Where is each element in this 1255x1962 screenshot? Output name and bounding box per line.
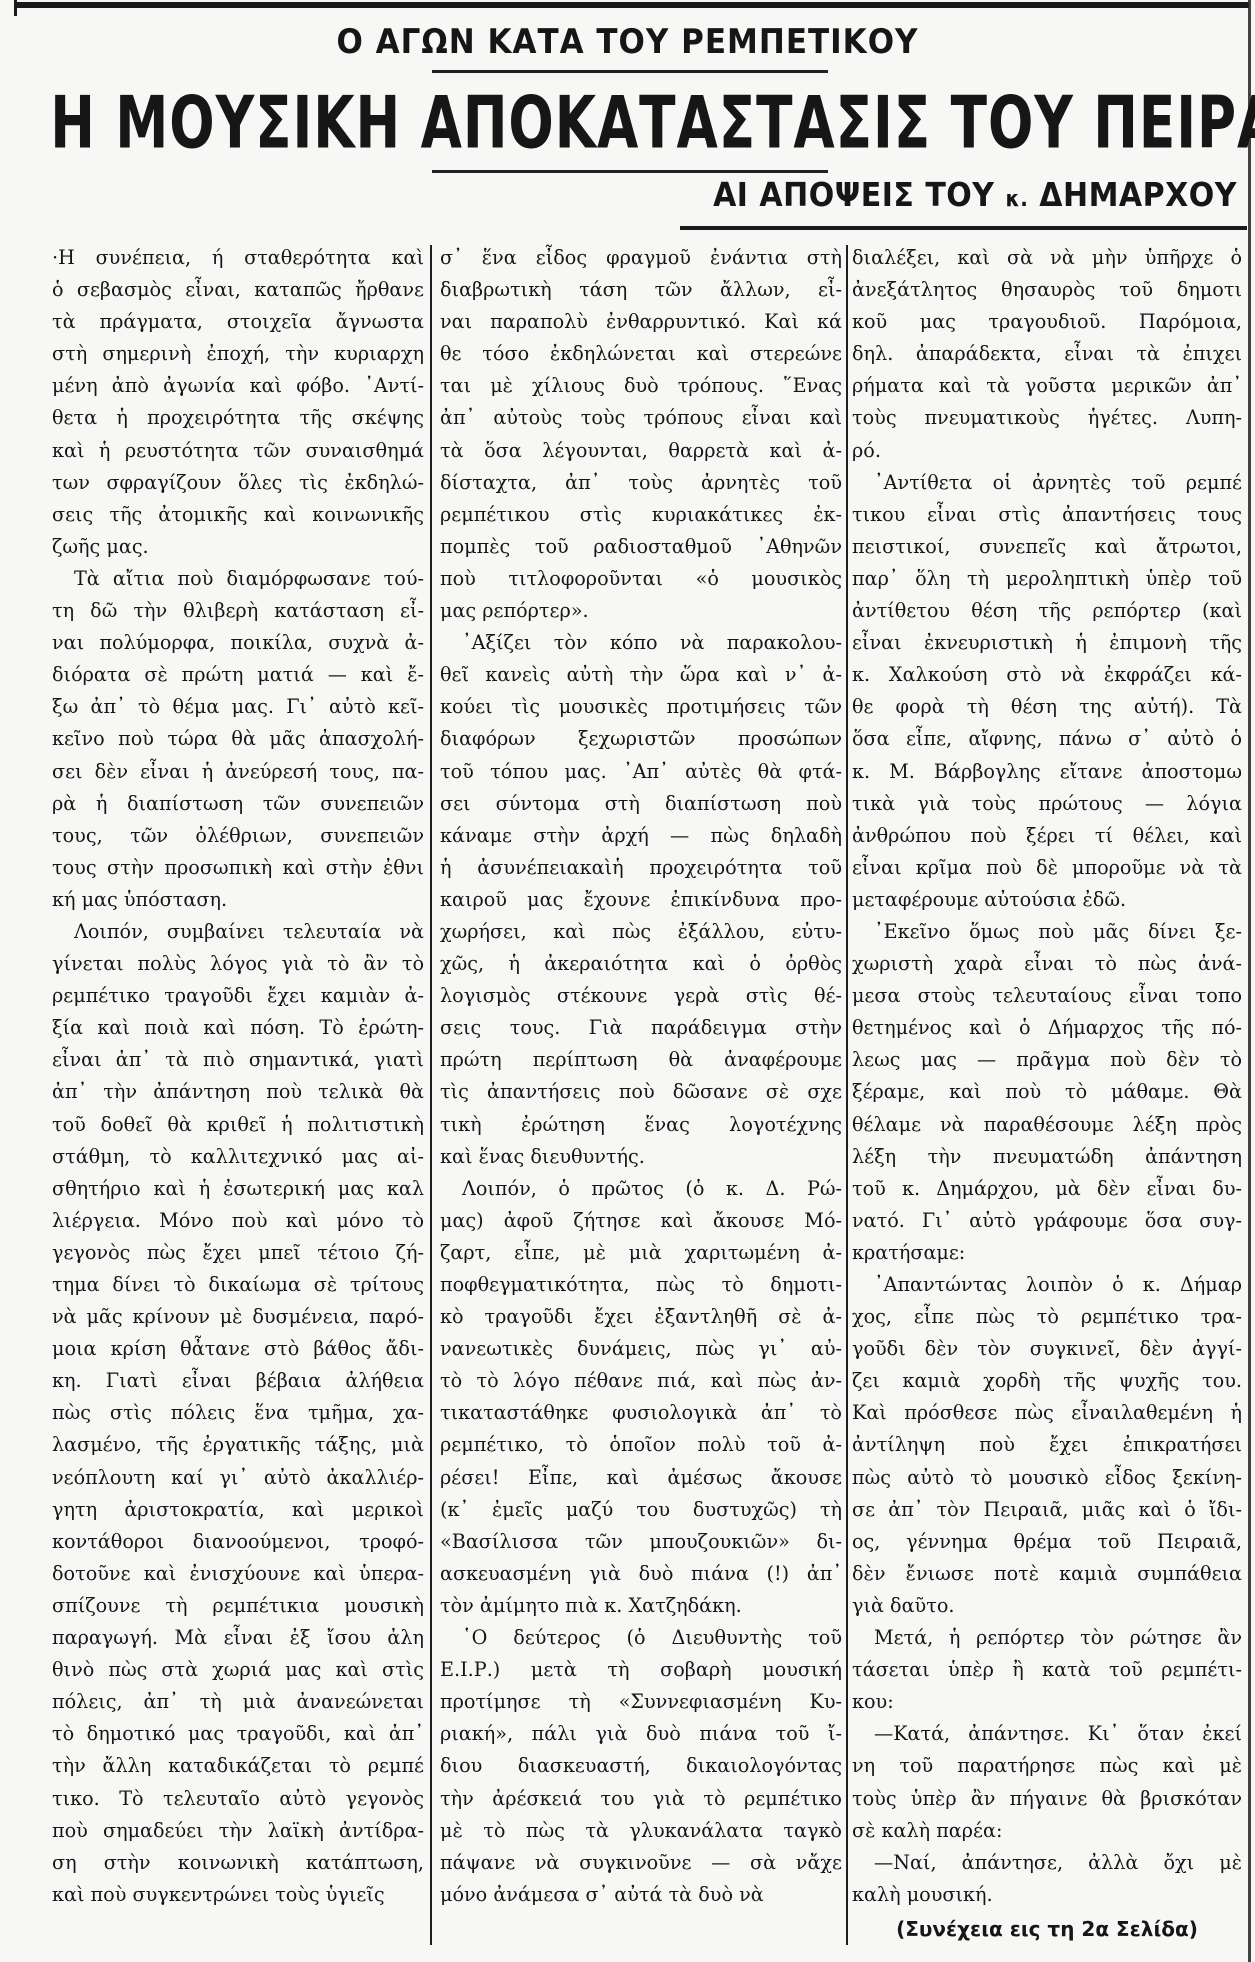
text-line: ριακή», πάλι γιὰ δυὸ πιάνα τοῦ ἴ- xyxy=(440,1718,842,1750)
text-line: νη τοῦ παρατήρησε πὼς καὶ μὲ xyxy=(852,1750,1242,1782)
text-line: ζαρτ, εἶπε, μὲ μιὰ χαριτωμένη ἀ- xyxy=(440,1237,842,1269)
text-line: ὅσα εἶπε, αἴφνης, πάνω σ᾿ αὐτὸ ὁ xyxy=(852,723,1242,755)
text-line: τοῦ τόπου μας. ᾿Απ᾿ αὐτὲς θὰ φτά- xyxy=(440,756,842,788)
text-line: ται μὲ χίλιους δυὸ τρόπους. ῞Ενας xyxy=(440,370,842,402)
text-line: κεῖνο ποὺ τώρα θὰ μᾶς ἀπασχολή- xyxy=(52,723,424,755)
text-line: —Ναί, ἀπάντησε, ἀλλὰ ὄχι μὲ xyxy=(852,1847,1242,1879)
text-line: στὴ σημερινὴ ἐποχή, τὴν κυριαρχη xyxy=(52,338,424,370)
text-line: Ε.Ι.Ρ.) μετὰ τὴ σοβαρὴ μουσική xyxy=(440,1654,842,1686)
text-line: λεως μας — πρᾶγμα ποὺ δὲν τὸ xyxy=(852,1044,1242,1076)
text-line: ποὺ τιτλοφοροῦνται «ὁ μουσικὸς xyxy=(440,563,842,595)
text-line: δὲν ἔνιωσε ποτὲ καμιὰ συμπάθεια xyxy=(852,1558,1242,1590)
text-line: τικαταστάθηκε φυσιολογικὰ ἀπ᾿ τὸ xyxy=(440,1397,842,1429)
text-line: μεταφέρουμε αὐτούσια ἐδῶ. xyxy=(852,884,1242,916)
text-line: εἶναι ἀπ᾿ τὰ πιὸ σημαντικά, γιατὶ xyxy=(52,1044,424,1076)
text-line: των σφραγίζουν ὅλες τὶς ἐκδηλώ- xyxy=(52,467,424,499)
text-line: τὴν ἀρέσκειά του γιὰ τὸ ρεμπέτικο xyxy=(440,1783,842,1815)
text-line: σει δὲν εἶναι ἡ ἀνεύρεσή τους, πα- xyxy=(52,756,424,788)
text-line: Μετά, ἡ ρεπόρτερ τὸν ρώτησε ἂν xyxy=(852,1622,1242,1654)
text-line: τὰ ὅσα λέγουνται, θαρρετὰ καὶ ἀ- xyxy=(440,435,842,467)
text-line: τάσεται ὑπὲρ ἢ κατὰ τοῦ ρεμπέτι- xyxy=(852,1654,1242,1686)
text-line: ὁ σεβασμὸς εἶναι, καταπῶς ἤρθανε xyxy=(52,274,424,306)
text-line: Λοιπόν, ὁ πρῶτος (ὁ κ. Δ. Ρώ- xyxy=(440,1173,842,1205)
text-line: κοντάθοροι διανοούμενοι, τροφό- xyxy=(52,1526,424,1558)
text-line: «Βασίλισσα τῶν μπουζουκιῶν» δι- xyxy=(440,1526,842,1558)
text-line: ζωῆς μας. xyxy=(52,531,424,563)
text-line: ἀντίληψη ποὺ ἔχει ἐπικρατήσει xyxy=(852,1429,1242,1461)
text-line: τὰ πράγματα, στοιχεῖα ἄγνωστα xyxy=(52,306,424,338)
text-line: ξία καὶ ποιὰ καὶ πόση. Τὸ ἐρώτη- xyxy=(52,1012,424,1044)
text-line: θέλαμε νὰ παραθέσουμε λέξη πρὸς xyxy=(852,1109,1242,1141)
text-line: ᾿Αξίζει τὸν κόπο νὰ παρακολου- xyxy=(440,627,842,659)
text-line: ξέραμε, καὶ ποὺ τὸ μάθαμε. Θὰ xyxy=(852,1076,1242,1108)
text-line: γοῦδι δὲν τὸν συγκινεῖ, δὲν ἀγγί- xyxy=(852,1333,1242,1365)
text-line: ναι πολύμορφα, ποικίλα, συχνὰ ἀ- xyxy=(52,627,424,659)
text-line: ἀνεξάτλητος θησαυρὸς τοῦ δημοτι xyxy=(852,274,1242,306)
article-headline: Η ΜΟΥΣΙΚΗ ΑΠΟΚΑΤΑΣΤΑΣΙΣ ΤΟΥ ΠΕΙΡΑΙΩΣ xyxy=(50,80,1205,165)
text-line: μας ρεπόρτερ». xyxy=(440,595,842,627)
right-border-rule xyxy=(1248,0,1251,1962)
article-column-1: ·Η συνέπεια, ή σταθερότητα καὶὁ σεβασμὸς… xyxy=(52,242,424,1911)
text-line: ρό. xyxy=(852,435,1242,467)
text-line: λιέργεια. Μόνο ποὺ καὶ μόνο τὸ xyxy=(52,1205,424,1237)
text-line: χῶς, ἡ ἀκεραιότητα καὶ ὁ ὀρθὸς xyxy=(440,948,842,980)
subhead-title-abbrev: κ. xyxy=(1005,185,1028,211)
text-line: καὶ ποὺ συγκεντρώνει τοὺς ὑγιεῖς xyxy=(52,1879,424,1911)
text-line: ρὰ ἡ διαπίστωση τῶν συνεπειῶν xyxy=(52,788,424,820)
text-line: ση στὴν κοινωνικὴ κατάπτωση, xyxy=(52,1847,424,1879)
text-line: σε ἀπ᾿ τὸν Πειραιᾶ, μιᾶς καὶ ὁ ἴδι- xyxy=(852,1494,1242,1526)
text-line: χωριστὴ χαρὰ εἶναι τὸ πὼς ἀνά- xyxy=(852,948,1242,980)
text-line: κ. Μ. Βάρβογλης εἴτανε ἀποστομω xyxy=(852,756,1242,788)
text-line: κοῦ μας τραγουδιοῦ. Παρόμοια, xyxy=(852,306,1242,338)
subhead-prefix: ΑΙ ΑΠΟΨΕΙΣ ΤΟΥ xyxy=(713,176,994,215)
text-line: κου: xyxy=(852,1686,1242,1718)
text-line: ποφθεγματικότητα, πὼς τὸ δημοτι- xyxy=(440,1269,842,1301)
text-line: πειστικοί, συνεπεῖς καὶ ἄτρωτοι, xyxy=(852,531,1242,563)
text-line: τικο. Τὸ τελευταῖο αὐτὸ γεγονὸς xyxy=(52,1783,424,1815)
text-line: πὼς στὶς πόλεις ἕνα τμῆμα, χα- xyxy=(52,1397,424,1429)
text-line: καλὴ μουσική. xyxy=(852,1879,1242,1911)
text-line: μόνο ἀνάμεσα σ᾿ αὐτά τὰ δυὸ νὰ xyxy=(440,1879,842,1911)
text-line: τοῦ κ. Δημάρχου, μὰ δὲν εἶναι δυ- xyxy=(852,1173,1242,1205)
text-line: τὶς ἀπαντήσεις ποὺ δῶσανε σὲ σχε xyxy=(440,1076,842,1108)
text-line: τὸν ἀμίμητο πιὰ κ. Χατζηδάκη. xyxy=(440,1590,842,1622)
text-line: κ. Χαλκούση στὸ νὰ ἐκφράζει κά- xyxy=(852,659,1242,691)
headline-divider xyxy=(432,170,828,173)
text-line: λέξη τὴν πνευματώδη ἀπάντηση xyxy=(852,1141,1242,1173)
text-line: στάθμη, τὸ καλλιτεχνικό μας αἰ- xyxy=(52,1141,424,1173)
article-column-3: διαλέξει, καὶ σὰ νὰ μὴν ὑπῆρχε ὁἀνεξάτλη… xyxy=(852,242,1242,1911)
text-line: πὼς αὐτὸ τὸ μουσικὸ εἶδος ξεκίνη- xyxy=(852,1462,1242,1494)
text-line: θετημένος καὶ ὁ Δήμαρχος τῆς πό- xyxy=(852,1012,1242,1044)
text-line: τοὺς πνευματικοὺς ἡγέτες. Λυπη- xyxy=(852,402,1242,434)
text-line: διαλέξει, καὶ σὰ νὰ μὴν ὑπῆρχε ὁ xyxy=(852,242,1242,274)
text-line: προτίμησε τὴ «Συννεφιασμένη Κυ- xyxy=(440,1686,842,1718)
text-line: τοὺς ὑπὲρ ἂν πήγαινε θὰ βρισκόταν xyxy=(852,1783,1242,1815)
text-line: ἡ ἀσυνέπειακαὶἡ προχειρότητα τοῦ xyxy=(440,852,842,884)
text-line: γιὰ δαῦτο. xyxy=(852,1590,1242,1622)
text-line: μας) ἀφοῦ ζήτησε καὶ ἄκουσε Μό- xyxy=(440,1205,842,1237)
text-line: ᾿Αντίθετα οἱ ἀρνητὲς τοῦ ρεμπέ xyxy=(852,467,1242,499)
text-line: μένη ἀπὸ ἀγωνία καὶ φόβο. ᾿Αντί- xyxy=(52,370,424,402)
text-line: μοια κρίση θἆτανε στὸ βάθος ἄδι- xyxy=(52,1333,424,1365)
text-line: σει σύντομα στὴ διαπίστωση ποὺ xyxy=(440,788,842,820)
text-line: ος, γέννημα θρέμα τοῦ Πειραιᾶ, xyxy=(852,1526,1242,1558)
text-line: γητη ἀριστοκρατία, καὶ μερικοὶ xyxy=(52,1494,424,1526)
text-line: κή μας ὑπόσταση. xyxy=(52,884,424,916)
text-line: τικου εἶναι στὶς ἀπαντήσεις τους xyxy=(852,499,1242,531)
text-line: ρεμπέτικο, τὸ ὁποῖον πολὺ τοῦ ἀ- xyxy=(440,1429,842,1461)
continuation-note: (Συνέχεια εις τη 2α Σελίδα) xyxy=(852,1917,1242,1941)
text-line: ᾿Απαντώντας λοιπὸν ὁ κ. Δήμαρ xyxy=(852,1269,1242,1301)
kicker-divider xyxy=(432,70,828,73)
text-line: ποὺ σημαδεύει τὴν λαϊκὴ ἀντίδρα- xyxy=(52,1815,424,1847)
text-line: διόρατα σὲ πρώτη ματιά — καὶ ἔ- xyxy=(52,659,424,691)
article-kicker: Ο ΑΓΩΝ ΚΑΤΑ ΤΟΥ ΡΕΜΠΕΤΙΚΟΥ xyxy=(0,22,1255,62)
text-line: Τὰ αἴτια ποὺ διαμόρφωσανε τού- xyxy=(52,563,424,595)
text-line: χος, εἶπε πὼς τὸ ρεμπέτικο τρα- xyxy=(852,1301,1242,1333)
top-border-rule xyxy=(14,2,1249,8)
text-line: διαφόρων ξεχωριστῶν προσώπων xyxy=(440,723,842,755)
text-line: ἀντίθετου θέση τῆς ρεπόρτερ (καὶ xyxy=(852,595,1242,627)
text-line: νανεωτικὲς δυνάμεις, πὼς γι᾿ αὐ- xyxy=(440,1333,842,1365)
text-line: γίνεται πολὺς λόγος γιὰ τὸ ἂν τὸ xyxy=(52,948,424,980)
text-line: σεις τῆς ἀτομικῆς καὶ κοινωνικῆς xyxy=(52,499,424,531)
text-line: ναι παραπολὺ ἐνθαρρυντικό. Καὶ κά xyxy=(440,306,842,338)
text-line: σ᾿ ἕνα εἶδος φραγμοῦ ἐνάντια στὴ xyxy=(440,242,842,274)
text-line: διου διασκευαστή, δικαιολογόντας xyxy=(440,1750,842,1782)
text-line: καιροῦ μας ἔχουνε ἐπικίνδυνα προ- xyxy=(440,884,842,916)
text-line: ασκευασμένη γιὰ δυὸ πιάνα (!) ἀπ᾿ xyxy=(440,1558,842,1590)
text-line: σεις τους. Γιὰ παράδειγμα στὴν xyxy=(440,1012,842,1044)
text-line: ξω ἀπ᾿ τὸ θέμα μας. Γι᾿ αὐτὸ κεῖ- xyxy=(52,691,424,723)
text-line: πρώτη περίπτωση θὰ ἀναφέρουμε xyxy=(440,1044,842,1076)
text-line: κὸ τραγοῦδι ἔχει ἐξαντληθῆ σὲ ἀ- xyxy=(440,1301,842,1333)
text-line: παραγωγή. Μὰ εἶναι ἐξ ἴσου ἀλη xyxy=(52,1622,424,1654)
column-divider-2 xyxy=(846,245,848,1945)
article-column-2: σ᾿ ἕνα εἶδος φραγμοῦ ἐνάντια στὴδιαβρωτι… xyxy=(440,242,842,1911)
article-subheadline: ΑΙ ΑΠΟΨΕΙΣ ΤΟΥ κ. ΔΗΜΑΡΧΟΥ xyxy=(713,176,1237,215)
text-line: σθητήριο καὶ ἡ ἐσωτερική μας καλ xyxy=(52,1173,424,1205)
text-line: σπίζουνε τὴ ρεμπέτικια μουσικὴ xyxy=(52,1590,424,1622)
text-line: τὸ δημοτικό μας τραγοῦδι, καὶ ἀπ᾿ xyxy=(52,1718,424,1750)
text-line: ·Η συνέπεια, ή σταθερότητα καὶ xyxy=(52,242,424,274)
text-line: μεσα στοὺς τελευταίους εἶναι τοπο xyxy=(852,980,1242,1012)
column-divider-1 xyxy=(430,245,432,1945)
text-line: τους, τῶν ὀλέθριων, συνεπειῶν xyxy=(52,820,424,852)
text-line: Καὶ πρόσθεσε πὼς εἶναιλαθεμένη ἡ xyxy=(852,1397,1242,1429)
text-line: κούει τὶς μουσικὲς προτιμήσεις τῶν xyxy=(440,691,842,723)
text-line: ρήματα καὶ τὰ γοῦστα μερικῶν ἀπ᾿ xyxy=(852,370,1242,402)
text-line: ζει καμιὰ χορδὴ τῆς ψυχῆς του. xyxy=(852,1365,1242,1397)
text-line: τικὴ ἐρώτηση ἕνας λογοτέχνης xyxy=(440,1109,842,1141)
text-line: δηλ. ἀπαράδεκτα, εἶναι τὰ ἐπιχει xyxy=(852,338,1242,370)
text-line: σὲ καλὴ παρέα: xyxy=(852,1815,1242,1847)
text-line: καὶ ἕνας διευθυντής. xyxy=(440,1141,842,1173)
text-line: νὰ μᾶς κρίνουν μὲ δυσμένεια, παρό- xyxy=(52,1301,424,1333)
text-line: τους στὴν προσωπικὴ καὶ στὴν ἐθνι xyxy=(52,852,424,884)
text-line: νατό. Γι᾿ αὐτὸ γράφουμε ὅσα συγ- xyxy=(852,1205,1242,1237)
text-line: τὸ τὸ λόγο πέθανε πιά, καὶ πὼς ἀν- xyxy=(440,1365,842,1397)
text-line: ῾Ο δεύτερος (ὁ Διευθυντὴς τοῦ xyxy=(440,1622,842,1654)
text-line: ρέσει! Εἶπε, καὶ ἀμέσως ἄκουσε xyxy=(440,1462,842,1494)
text-line: θινὸ πὼς στὰ χωριά μας καὶ στὶς xyxy=(52,1654,424,1686)
text-line: δοτοῦνε καὶ ἐνισχύουνε καὶ ὑπερα- xyxy=(52,1558,424,1590)
newspaper-page: Ο ΑΓΩΝ ΚΑΤΑ ΤΟΥ ΡΕΜΠΕΤΙΚΟΥ Η ΜΟΥΣΙΚΗ ΑΠΟ… xyxy=(0,0,1255,1962)
text-line: εἶναι ἐκνευριστικὴ ἡ ἐπιμονὴ τῆς xyxy=(852,627,1242,659)
text-line: τοῦ δοθεῖ θὰ κριθεῖ ἡ πολιτιστικὴ xyxy=(52,1109,424,1141)
text-line: θεῖ κανεὶς αὐτὴ τὴν ὥρα καὶ ν᾿ ἀ- xyxy=(440,659,842,691)
text-line: τημα δίνει τὸ δικαίωμα σὲ τρίτους xyxy=(52,1269,424,1301)
text-line: παρ᾿ ὅλη τὴ μεροληπτικὴ ὑπὲρ τοῦ xyxy=(852,563,1242,595)
text-line: ρεμπέτικου στὶς κυριακάτικες ἐκ- xyxy=(440,499,842,531)
text-line: θετα ἡ προχειρότητα τῆς σκέψης xyxy=(52,402,424,434)
text-line: κάναμε στὴν ἀρχή — πὼς δηλαδὴ xyxy=(440,820,842,852)
text-line: ἀπ᾿ τὴν ἀπάντηση ποὺ τελικὰ θὰ xyxy=(52,1076,424,1108)
text-line: ᾿Εκεῖνο ὅμως ποὺ μᾶς δίνει ξε- xyxy=(852,916,1242,948)
text-line: λασμένο, τῆς ἐργατικῆς τάξης, μιὰ xyxy=(52,1429,424,1461)
text-line: τικὰ γιὰ τοὺς πρώτους — λόγια xyxy=(852,788,1242,820)
text-line: νεόπλουτη καί γι᾿ αὐτὸ ἀκαλλιέρ- xyxy=(52,1462,424,1494)
text-line: ρεμπέτικο τραγοῦδι ἔχει καμιὰν ἀ- xyxy=(52,980,424,1012)
text-line: εἶναι κρῖμα ποὺ δὲ μποροῦμε νὰ τὰ xyxy=(852,852,1242,884)
text-line: τὴν ἄλλη καταδικάζεται τὸ ρεμπέ xyxy=(52,1750,424,1782)
left-border-tick xyxy=(14,0,17,16)
text-line: (κ᾿ ἐμεῖς μαζύ του δυστυχῶς) τὴ xyxy=(440,1494,842,1526)
text-line: δίσταχτα, ἀπ᾿ τοὺς ἀρνητὲς τοῦ xyxy=(440,467,842,499)
text-line: θε φορὰ τὴ θέση της αὐτή). Τὰ xyxy=(852,691,1242,723)
subhead-suffix: ΔΗΜΑΡΧΟΥ xyxy=(1039,176,1237,215)
text-line: —Κατά, ἀπάντησε. Κι᾿ ὅταν ἐκεί xyxy=(852,1718,1242,1750)
text-line: χωρήσει, καὶ πὼς ἐξάλλου, εὐτυ- xyxy=(440,916,842,948)
text-line: κη. Γιατὶ εἶναι βέβαια ἀλήθεια xyxy=(52,1365,424,1397)
text-line: πόλεις, ἀπ᾿ τὴ μιὰ ἀνανεώνεται xyxy=(52,1686,424,1718)
text-line: λογισμὸς στέκουνε γερὰ στὶς θέ- xyxy=(440,980,842,1012)
text-line: ἀπ᾿ αὐτοὺς τοὺς τρόπους εἶναι καὶ xyxy=(440,402,842,434)
text-line: γεγονὸς πὼς ἔχει μπεῖ τέτοιο ζή- xyxy=(52,1237,424,1269)
text-line: θε τόσο ἐκδηλώνεται καὶ στερεώνε xyxy=(440,338,842,370)
subhead-underline xyxy=(680,226,1247,230)
text-line: μὲ τὸ πὼς τὰ γλυκανάλατα ταγκὸ xyxy=(440,1815,842,1847)
text-line: διαβρωτικὴ τάση τῶν ἄλλων, εἶ- xyxy=(440,274,842,306)
text-line: πομπὲς τοῦ ραδιοσταθμοῦ ᾿Αθηνῶν xyxy=(440,531,842,563)
text-line: ἀνθρώπου ποὺ ξέρει τί θέλει, καὶ xyxy=(852,820,1242,852)
text-line: τη δῶ τὴν θλιβερὴ κατάσταση εἶ- xyxy=(52,595,424,627)
text-line: κρατήσαμε: xyxy=(852,1237,1242,1269)
text-line: καὶ ἡ ρευστότητα τῶν συναισθημά xyxy=(52,435,424,467)
text-line: πάψανε νὰ συγκινοῦνε — σὰ νἄχε xyxy=(440,1847,842,1879)
text-line: Λοιπόν, συμβαίνει τελευταία νὰ xyxy=(52,916,424,948)
